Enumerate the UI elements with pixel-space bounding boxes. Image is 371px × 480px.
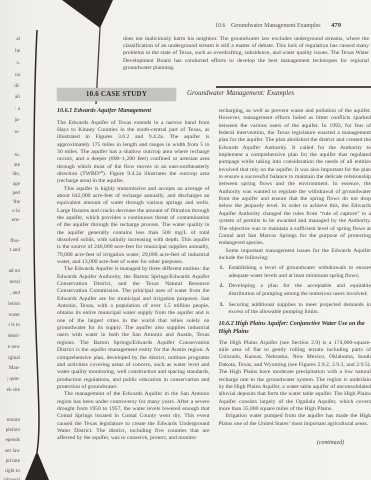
case-study-label-box: 10.6 CASE STUDY <box>57 88 176 101</box>
section-heading-10-6-2: 10.6.2 High Plains Aquifer: Conjunctive … <box>219 321 371 336</box>
margin-fragment: : a <box>15 106 20 112</box>
body-paragraph: This aquifer is highly transmissive and … <box>57 186 210 267</box>
case-study-label: 10.6 CASE STUDY <box>57 88 176 101</box>
running-head-title: Groundwater Management Examples <box>231 23 321 29</box>
page-curl-triangle-bottom <box>25 451 49 480</box>
margin-fragment: letion <box>8 301 20 307</box>
list-item: 2. Developing a plan for the acceptable … <box>219 283 371 298</box>
case-study-band: 10.6 CASE STUDY Groundwater Management: … <box>57 85 371 105</box>
margin-fragment: water <box>8 312 20 318</box>
margin-fragment: pletion <box>6 427 20 433</box>
margin-fragment: ser law <box>5 448 20 454</box>
body-paragraph: The management of the Edwards Aquifer in… <box>57 391 210 442</box>
margin-fragment: epends <box>6 437 20 443</box>
margin-fragment: e new <box>8 344 20 350</box>
margin-fragment: Man- <box>9 365 20 371</box>
page-number: 479 <box>331 22 341 29</box>
running-head-section: 10.6 <box>215 23 226 29</box>
margin-fragment: he <box>15 48 20 54</box>
margin-fragment: t is to <box>8 322 20 328</box>
list-intro-paragraph: Some important management issues for the… <box>219 248 371 263</box>
list-item-text: Developing a plan for the acceptable and… <box>229 283 371 296</box>
margin-fragment: al <box>16 36 20 42</box>
margin-fragment: ate <box>14 162 20 168</box>
body-columns: 10.6.1 Edwards Aquifer Management The Ed… <box>57 108 371 460</box>
margin-fragment: ide, <box>12 171 20 177</box>
running-head: 10.6 Groundwater Management Examples 479 <box>215 22 341 29</box>
body-paragraph: The Edwards Aquifer of Texas extends in … <box>57 120 210 186</box>
intro-paragraph: does not maliciously harm his neighbor. … <box>123 36 369 72</box>
margin-fragment: em- <box>12 217 20 223</box>
list-item: 1. Establishing a level of groundwater w… <box>219 265 371 280</box>
margin-fragment: di- <box>14 83 20 89</box>
margin-fragment: w- <box>15 129 20 135</box>
margin-fragment: ad on <box>9 268 20 274</box>
list-item-number: 1. <box>220 265 224 272</box>
margin-fragment: t and <box>10 247 20 253</box>
body-paragraph: The High Plains Aquifer (see Section 2.9… <box>219 340 371 413</box>
margin-fragment: ali <box>15 94 20 100</box>
margin-fragment: na <box>15 72 20 78</box>
scanned-book-page: alhes.nadi-ali: aja-w-ss.ateide,ageped't… <box>0 0 371 480</box>
section-heading-10-6-1: 10.6.1 Edwards Aquifer Management <box>57 108 210 116</box>
margin-fragment: ss. <box>15 152 20 158</box>
continued-note: (continued) <box>317 440 344 446</box>
body-paragraph: recharging, as well as prevent waste and… <box>219 108 371 248</box>
right-column: recharging, as well as prevent waste and… <box>219 108 371 460</box>
margin-fragment: eb site <box>7 387 20 393</box>
margin-fragment: ; qute- <box>7 376 20 382</box>
margin-fragment: 'the <box>13 199 20 205</box>
margin-fragment: private <box>6 458 20 464</box>
page-curl-triangle-top <box>62 0 113 28</box>
list-item: 3. Securing additional supplies to meet … <box>219 302 371 317</box>
margin-fragment: neral <box>10 279 20 285</box>
margin-fragment: o in <box>12 208 20 214</box>
management-issues-list: 1. Establishing a level of groundwater w… <box>219 265 371 316</box>
margin-fragment: denti- <box>8 333 20 339</box>
list-item-number: 2. <box>220 283 224 290</box>
list-item-number: 3. <box>220 302 224 309</box>
margin-fragment: ja- <box>15 117 20 123</box>
margin-fragment: s. <box>17 60 20 66</box>
margin-fragment: mount <box>7 417 20 423</box>
left-column: 10.6.1 Edwards Aquifer Management The Ed… <box>57 108 210 460</box>
margin-fragment: ffso- <box>10 238 20 244</box>
body-paragraph: Irrigation water pumped from the aquifer… <box>219 413 371 428</box>
body-paragraph: The Edwards Aquifer is managed by three … <box>57 266 210 391</box>
margin-fragment: , and <box>10 290 20 296</box>
margin-fragment: ped <box>13 190 21 196</box>
margin-fragments: alhes.nadi-ali: aja-w-ss.ateide,ageped't… <box>0 0 23 480</box>
case-study-title: Groundwater Management: Examples <box>187 89 294 97</box>
margin-fragment: iginal <box>8 355 20 361</box>
margin-fragment: age <box>13 181 20 187</box>
margin-fragment: right to <box>5 468 20 474</box>
spine-shadow-line <box>34 30 39 452</box>
case-study-rule <box>216 86 371 88</box>
list-item-text: Establishing a level of groundwater with… <box>229 265 371 278</box>
list-item-text: Securing additional supplies to meet pro… <box>229 302 371 315</box>
